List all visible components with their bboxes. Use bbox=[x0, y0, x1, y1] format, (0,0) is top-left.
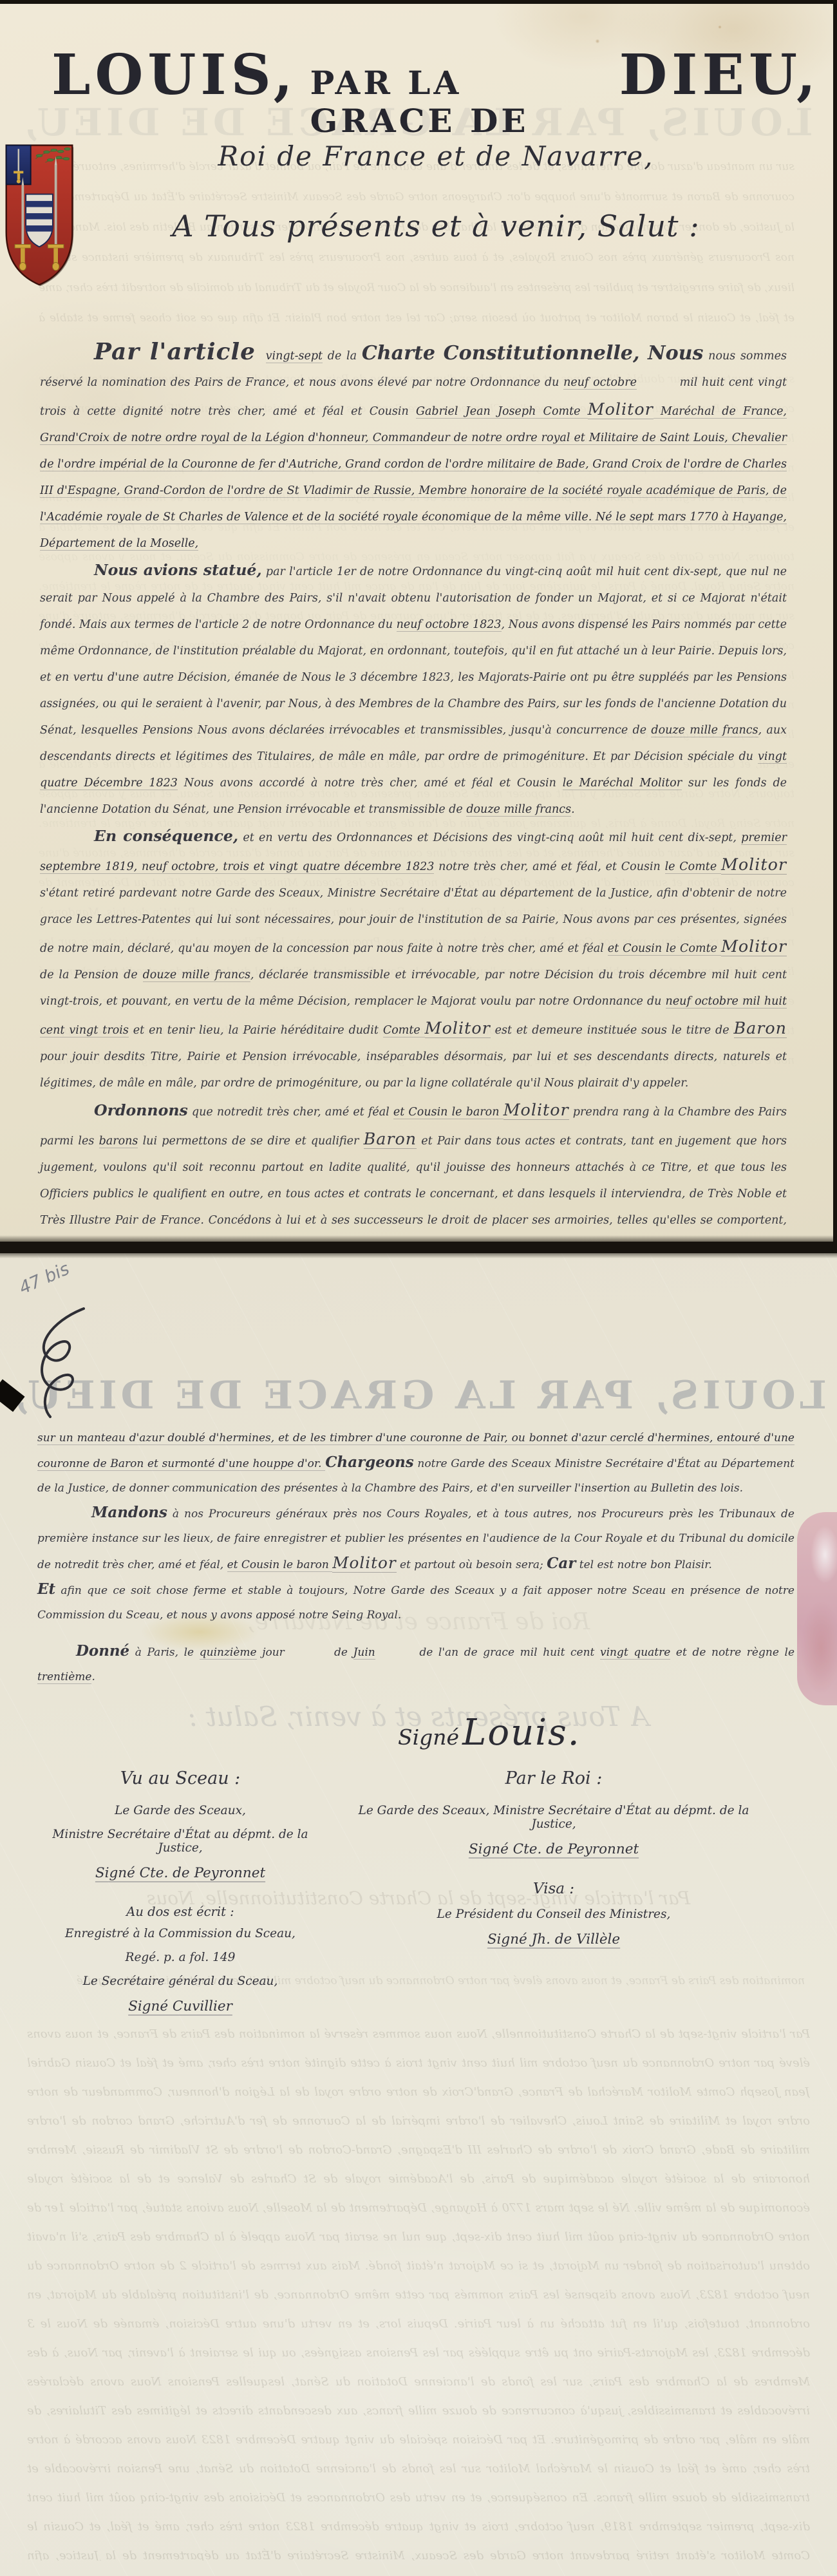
text-segment: Ordonnons bbox=[94, 1101, 188, 1119]
page-edge-shadow bbox=[0, 1235, 833, 1242]
inserted-name: Molitor bbox=[721, 936, 787, 956]
bleed-through-title: LOUIS, PAR LA GRACE DE DIEU, bbox=[0, 1373, 837, 1418]
inserted-name: Baron bbox=[734, 1018, 787, 1038]
text-segment: tel est notre bon Plaisir. bbox=[576, 1558, 712, 1571]
letters-patent-body: Par l'article vingt-sept de la Charte Co… bbox=[40, 339, 787, 1242]
text-segment: et Pair dans tous actes et contrats, tan… bbox=[40, 1135, 787, 1242]
text-segment: Nous avons accordé à notre très cher, am… bbox=[178, 777, 563, 790]
seal-column: Vu au Sceau :Le Garde des Sceaux,Ministr… bbox=[45, 1768, 315, 2038]
text-segment: de bbox=[328, 1646, 353, 1659]
text-segment: et Cousin le baron bbox=[227, 1558, 333, 1572]
text-segment: quinzième bbox=[200, 1646, 257, 1660]
pencil-annotation: 47 bis bbox=[16, 1259, 72, 1299]
column-line: Signé Cte. de Peyronnet bbox=[351, 1841, 757, 1857]
text-segment: lui permettons de se dire et qualifier bbox=[138, 1135, 363, 1148]
paragraph: En conséquence, et en vertu des Ordonnan… bbox=[40, 823, 787, 1097]
column-line: Le Président du Conseil des Ministres, bbox=[351, 1908, 757, 1921]
text-segment: et Cousin le Comte bbox=[608, 942, 721, 956]
page-edge-shadow bbox=[0, 1253, 837, 1258]
page-2: LOUIS, PAR LA GRACE DE DIEU, Roi de Fran… bbox=[0, 1253, 837, 2576]
subtitle-salut: A Tous présents et à venir, Salut : bbox=[90, 209, 782, 243]
text-segment: douze mille francs bbox=[651, 724, 758, 737]
text-segment: douze mille francs bbox=[143, 969, 250, 982]
text-segment: notre très cher, amé et féal, et Cousin bbox=[434, 860, 664, 873]
royal-signature-block: Signé Louis. bbox=[37, 1690, 795, 1754]
text-segment: barons bbox=[99, 1135, 138, 1148]
title-word-dieu: DIEU, bbox=[619, 43, 820, 108]
column-line: Par le Roi : bbox=[351, 1768, 757, 1788]
text-segment: Nous avions statué, bbox=[94, 561, 262, 579]
text-segment: jour bbox=[257, 1646, 290, 1659]
text-segment: afin que ce soit chose ferme et stable à… bbox=[37, 1584, 795, 1622]
column-line: Le Garde des Sceaux, bbox=[45, 1804, 315, 1817]
column-line: Ministre Secrétaire d'État au dépmt. de … bbox=[45, 1828, 315, 1855]
signature-prefix: Signé bbox=[398, 1725, 459, 1750]
title-middle: PAR LA GRACE DE bbox=[310, 64, 607, 140]
text-segment: Charte Constitutionnelle, Nous bbox=[362, 342, 704, 365]
text-segment: Gabriel Jean Joseph Comte bbox=[416, 405, 588, 419]
inserted-name: Molitor bbox=[332, 1553, 396, 1573]
column-line: Le Secrétaire général du Sceau, bbox=[45, 1975, 315, 1988]
column-line: Signé Cte. de Peyronnet bbox=[45, 1865, 315, 1881]
bleed-through-text: Par l'article vingt-sept de la Charte Co… bbox=[27, 2020, 810, 2561]
text-segment: neuf octobre 1823 bbox=[397, 618, 502, 632]
text-segment: trentième bbox=[37, 1671, 91, 1684]
inserted-name: Molitor bbox=[588, 399, 654, 419]
text-segment: Chargeons bbox=[325, 1454, 413, 1471]
text-segment: et Cousin le baron bbox=[393, 1106, 503, 1119]
text-segment: Maréchal de France, Grand'Croix de notre… bbox=[40, 405, 787, 551]
page-1: LOUIS, PAR LA GRACE DE DIEU, sur un mant… bbox=[0, 4, 833, 1242]
text-segment: et en vertu des Ordonnances et Décisions… bbox=[238, 831, 741, 844]
text-segment: Donné bbox=[76, 1642, 129, 1660]
text-segment: , Nous avons dispensé les Pairs nommés p… bbox=[40, 618, 787, 737]
signature-louis: Signé Louis. bbox=[398, 1712, 795, 1754]
title-word-louis: LOUIS, bbox=[52, 43, 297, 108]
coat-of-arms-molitor bbox=[3, 137, 76, 291]
text-segment: de la bbox=[323, 350, 362, 363]
inserted-name: Baron bbox=[364, 1129, 417, 1149]
scanned-document: { "colors": { "paper": "#ece5d1", "paper… bbox=[0, 0, 837, 2576]
text-segment: . bbox=[571, 803, 575, 816]
text-segment: de l'an de grace mil huit cent bbox=[414, 1646, 600, 1659]
text-segment: et de notre règne le bbox=[670, 1646, 795, 1659]
inserted-name: Molitor bbox=[503, 1100, 569, 1120]
paragraph: Et afin que ce soit chose ferme et stabl… bbox=[37, 1577, 795, 1627]
column-line: Vu au Sceau : bbox=[45, 1768, 315, 1788]
signature-name: Louis. bbox=[462, 1712, 580, 1754]
text-segment: Juin bbox=[353, 1646, 375, 1660]
royal-title: LOUIS, PAR LA GRACE DE DIEU, bbox=[52, 43, 820, 140]
paragraph: Par l'article vingt-sept de la Charte Co… bbox=[40, 339, 787, 557]
paragraph: Nous avions statué, par l'article 1er de… bbox=[40, 557, 787, 823]
text-segment: Car bbox=[547, 1555, 576, 1572]
text-segment: à Paris, le bbox=[129, 1646, 200, 1659]
text-segment: Par l'article bbox=[94, 338, 266, 365]
column-line: Signé Cuvillier bbox=[45, 1998, 315, 2014]
column-line: Regé. p. a fol. 149 bbox=[45, 1951, 315, 1964]
paraph-flourish bbox=[24, 1303, 108, 1432]
text-segment: Comte bbox=[383, 1024, 425, 1037]
text-segment: Et bbox=[37, 1580, 55, 1598]
king-column: Par le Roi :Le Garde des Sceaux, Ministr… bbox=[351, 1768, 757, 1971]
column-line: Visa : bbox=[351, 1880, 757, 1897]
column-line: Enregistré à la Commission du Sceau, bbox=[45, 1927, 315, 1940]
text-segment: neuf octobre bbox=[563, 376, 637, 390]
text-segment: de la Pension de bbox=[40, 969, 143, 981]
text-segment: vingt quatre bbox=[600, 1646, 670, 1660]
wax-seal-remnant bbox=[797, 1512, 837, 1705]
text-segment: pour jouir desdits Titre, Pairie et Pens… bbox=[40, 1050, 787, 1090]
column-line: Au dos est écrit : bbox=[45, 1904, 315, 1919]
text-segment: que notredit très cher, amé et féal bbox=[188, 1106, 393, 1119]
paragraph: Ordonnons que notredit très cher, amé et… bbox=[40, 1097, 787, 1242]
subtitle-roi-de-france: Roi de France et de Navarre, bbox=[90, 140, 782, 172]
text-segment: . bbox=[91, 1671, 95, 1683]
escutcheon-bars bbox=[26, 201, 53, 232]
column-line: Le Garde des Sceaux, Ministre Secrétaire… bbox=[351, 1804, 757, 1831]
paragraph: Donné à Paris, le quinzième jour de Juin… bbox=[37, 1639, 795, 1689]
text-segment: et partout où besoin sera; bbox=[397, 1558, 547, 1571]
inserted-name: Molitor bbox=[721, 855, 787, 875]
paragraph: Mandons à nos Procureurs généraux près n… bbox=[37, 1501, 795, 1577]
text-segment: En conséquence, bbox=[94, 827, 238, 845]
letters-patent-body-continued: sur un manteau d'azur doublé d'hermines,… bbox=[37, 1426, 795, 1689]
text-segment: le Comte bbox=[665, 860, 721, 874]
scan-artifact bbox=[0, 1379, 25, 1412]
text-segment: est et demeure instituée sous le titre d… bbox=[491, 1024, 734, 1037]
text-segment: vingt-sept bbox=[266, 350, 323, 363]
text-segment: le Maréchal Molitor bbox=[563, 777, 682, 790]
text-segment: douze mille francs bbox=[466, 803, 571, 817]
text-segment: Mandons bbox=[91, 1504, 167, 1521]
text-segment: et en tenir lieu, la Pairie héréditaire … bbox=[129, 1024, 383, 1037]
paragraph: sur un manteau d'azur doublé d'hermines,… bbox=[37, 1426, 795, 1501]
column-line: Signé Jh. de Villèle bbox=[351, 1931, 757, 1947]
inserted-name: Molitor bbox=[425, 1018, 491, 1038]
